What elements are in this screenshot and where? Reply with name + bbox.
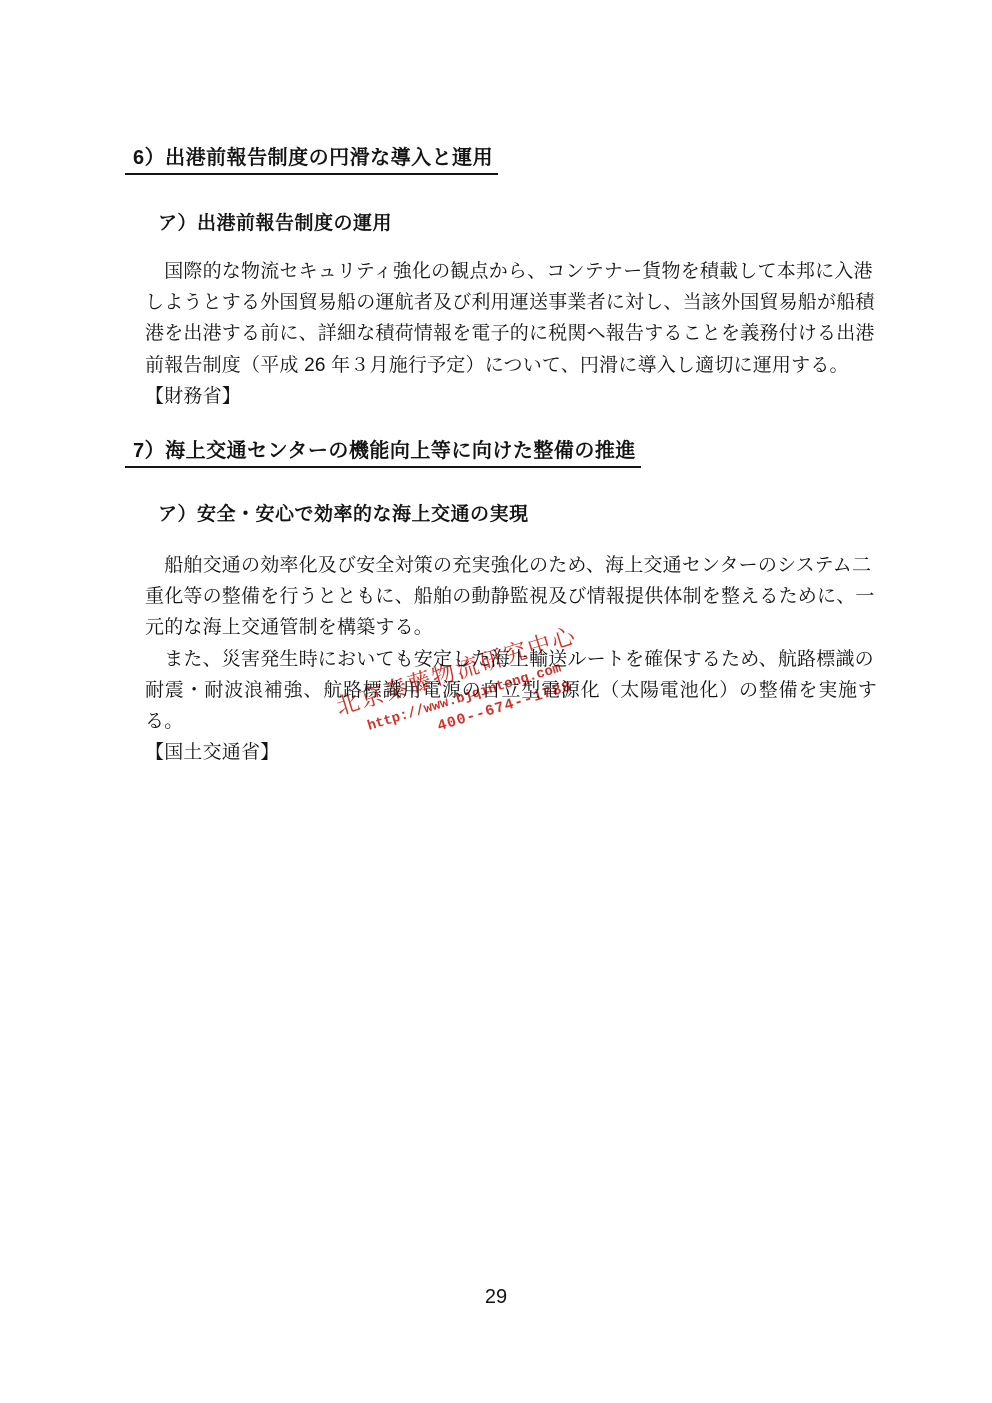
page-number: 29	[0, 1286, 992, 1309]
section-heading-6-text: 6）出港前報告制度の円滑な導入と運用	[125, 146, 498, 175]
section-heading-6: 6）出港前報告制度の円滑な導入と運用	[125, 146, 498, 175]
section-7-body: 船舶交通の効率化及び安全対策の充実強化のため、海上交通センターのシステム二 重化…	[145, 550, 877, 768]
subsection-title-6a: ア）出港前報告制度の運用	[158, 208, 392, 235]
section-6-body: 国際的な物流セキュリティ強化の観点から、コンテナー貨物を積載して本邦に入港 しよ…	[145, 256, 877, 412]
subsection-title-7a: ア）安全・安心で効率的な海上交通の実現	[158, 499, 529, 526]
paragraph-7a-1: 船舶交通の効率化及び安全対策の充実強化のため、海上交通センターのシステム二 重化…	[145, 550, 877, 644]
ministry-label-mlit: 【国土交通省】	[145, 737, 877, 768]
document-page: 6）出港前報告制度の円滑な導入と運用 ア）出港前報告制度の運用 国際的な物流セキ…	[0, 0, 992, 1403]
ministry-label-finance: 【財務省】	[145, 381, 877, 412]
paragraph-7a-2: また、災害発生時においても安定した海上輸送ルートを確保するため、航路標識の 耐震…	[145, 644, 877, 738]
section-heading-7: 7）海上交通センターの機能向上等に向けた整備の推進	[125, 439, 641, 468]
section-heading-7-text: 7）海上交通センターの機能向上等に向けた整備の推進	[125, 439, 641, 468]
paragraph-6a-1: 国際的な物流セキュリティ強化の観点から、コンテナー貨物を積載して本邦に入港 しよ…	[145, 256, 877, 381]
